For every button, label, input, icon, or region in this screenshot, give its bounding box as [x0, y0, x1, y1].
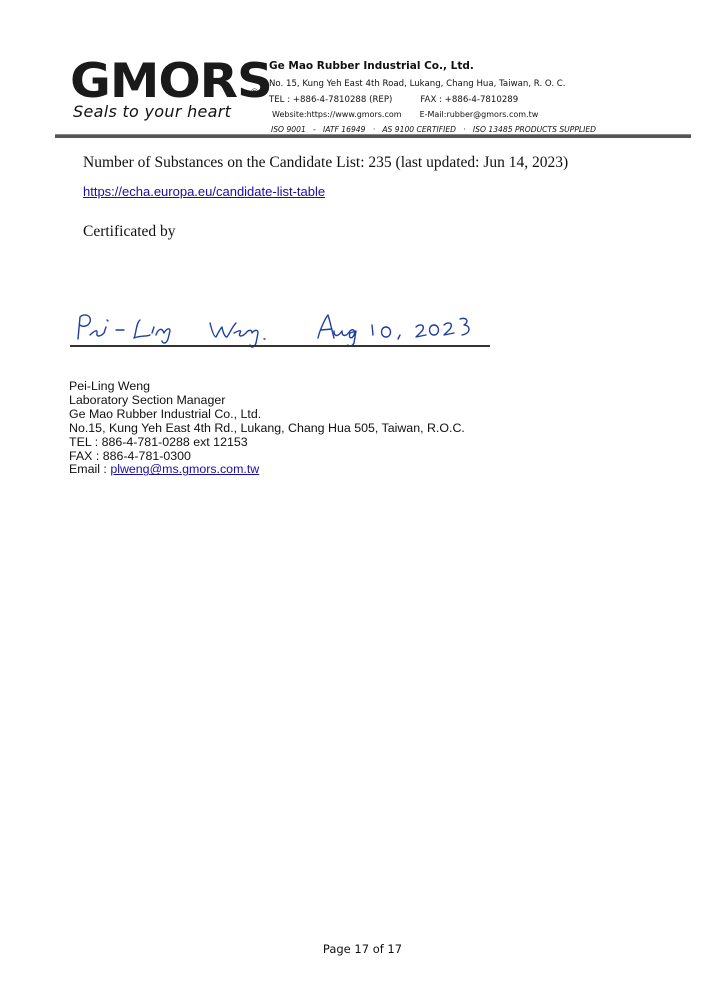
company-logo: GMORS: [70, 58, 260, 106]
page-number: Page 17 of 17: [0, 942, 725, 956]
signatory-tel: TEL : 886-4-781-0288 ext 12153: [69, 436, 465, 450]
header-email: E-Mail:rubber@gmors.com.tw: [420, 110, 539, 119]
signatory-title: Laboratory Section Manager: [69, 394, 465, 408]
header-fax: FAX : +886-4-7810289: [420, 95, 518, 105]
registered-mark-icon: ®: [250, 88, 259, 98]
header-web-contacts: Website:https://www.gmors.comE-Mail:rubb…: [272, 110, 538, 119]
signatory-email-link[interactable]: plweng@ms.gmors.com.tw: [110, 462, 259, 476]
certificated-by-label: Certificated by: [83, 223, 176, 241]
echa-candidate-list-link[interactable]: https://echa.europa.eu/candidate-list-ta…: [83, 184, 325, 199]
header-company-name: Ge Mao Rubber Industrial Co., Ltd.: [269, 60, 474, 72]
handwritten-signature: [70, 305, 490, 350]
signatory-email-label: Email :: [69, 462, 110, 476]
signatory-block: Pei-Ling Weng Laboratory Section Manager…: [69, 380, 465, 477]
header-address: No. 15, Kung Yeh East 4th Road, Lukang, …: [269, 79, 566, 89]
header-divider: [55, 134, 691, 138]
signatory-address: No.15, Kung Yeh East 4th Rd., Lukang, Ch…: [69, 422, 465, 436]
header-certifications: ISO 9001 - IATF 16949 · AS 9100 CERTIFIE…: [271, 125, 596, 134]
header-website: Website:https://www.gmors.com: [272, 110, 402, 119]
signatory-company: Ge Mao Rubber Industrial Co., Ltd.: [69, 408, 465, 422]
signature-line: [70, 345, 490, 347]
signatory-name: Pei-Ling Weng: [69, 380, 465, 394]
substances-count-text: Number of Substances on the Candidate Li…: [83, 154, 568, 172]
signatory-fax: FAX : 886-4-781-0300: [69, 450, 465, 464]
header-tel: TEL : +886-4-7810288 (REP): [269, 95, 392, 105]
header-contact-phones: TEL : +886-4-7810288 (REP)FAX : +886-4-7…: [269, 95, 518, 105]
signatory-email-row: Email : plweng@ms.gmors.com.tw: [69, 463, 465, 477]
logo-wordmark: GMORS: [70, 58, 271, 106]
logo-tagline: Seals to your heart: [73, 102, 231, 121]
